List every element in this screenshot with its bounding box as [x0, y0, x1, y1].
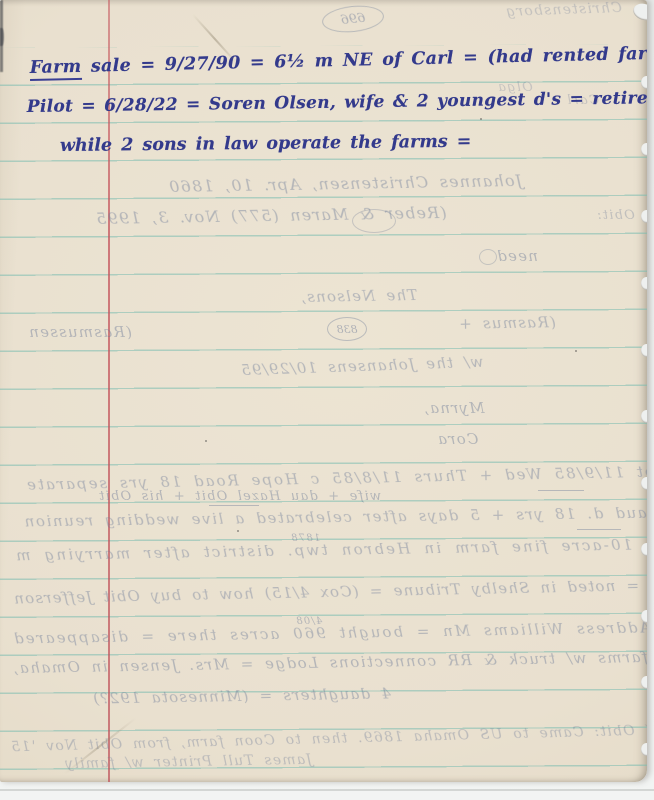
ghost-nelsons: The Nelsons, — [300, 286, 418, 306]
torn-edge-notch — [641, 543, 647, 556]
ghost-wife-dau-row: wife + dau Hazel Obit + his Obit — [98, 489, 381, 504]
torn-edge-notch — [641, 344, 647, 357]
torn-edge-notch — [641, 76, 647, 89]
torn-edge-notch — [641, 477, 647, 490]
ghost-underline — [538, 490, 584, 491]
ghost-superscript-408: 4/08 — [295, 616, 322, 627]
torn-edge-notch — [641, 143, 647, 156]
dust-speck — [237, 530, 239, 532]
ghost-underline — [577, 529, 621, 530]
torn-corner — [631, 1, 647, 23]
dust-speck — [480, 118, 482, 120]
torn-edge-notch — [641, 410, 647, 423]
ghost-cora: Cora — [437, 430, 478, 448]
ghost-need: need — [496, 247, 538, 265]
torn-edge-notch — [641, 743, 647, 756]
ghost-small-circle — [479, 249, 497, 265]
underlined-word-farm: Farm — [30, 57, 82, 81]
dust-speck — [205, 440, 207, 442]
ghost-myrna: Myrna, — [423, 399, 485, 417]
ghost-stamp-838: 838 — [327, 317, 367, 341]
ghost-stamp-696: 696 — [321, 3, 385, 35]
left-edge-mark — [0, 28, 4, 46]
ghost-top-right: Christensborg — [505, 0, 622, 20]
dust-speck — [575, 350, 577, 352]
ghost-rasmussen: (Rasmussen — [28, 323, 132, 341]
ghost-stamp-577: 577 — [352, 209, 396, 233]
torn-edge-notch — [641, 676, 647, 689]
torn-edge-notch — [641, 277, 647, 290]
ghost-underline — [209, 505, 259, 506]
ghost-superscript-1878: 1878 — [290, 533, 320, 544]
scanned-notebook-screenshot: { "document": { "kind": "scanned handwri… — [0, 0, 654, 800]
torn-edge-notch — [641, 610, 647, 623]
notebook-page: Christensborg 696 Olga Carl Johannes Chr… — [0, 0, 647, 782]
ghost-obit-label: Obit: — [596, 208, 635, 223]
ghost-rasmus: (Rasmus + — [458, 313, 556, 333]
torn-edge-notch — [641, 210, 647, 223]
scanner-bed-line — [0, 789, 654, 791]
